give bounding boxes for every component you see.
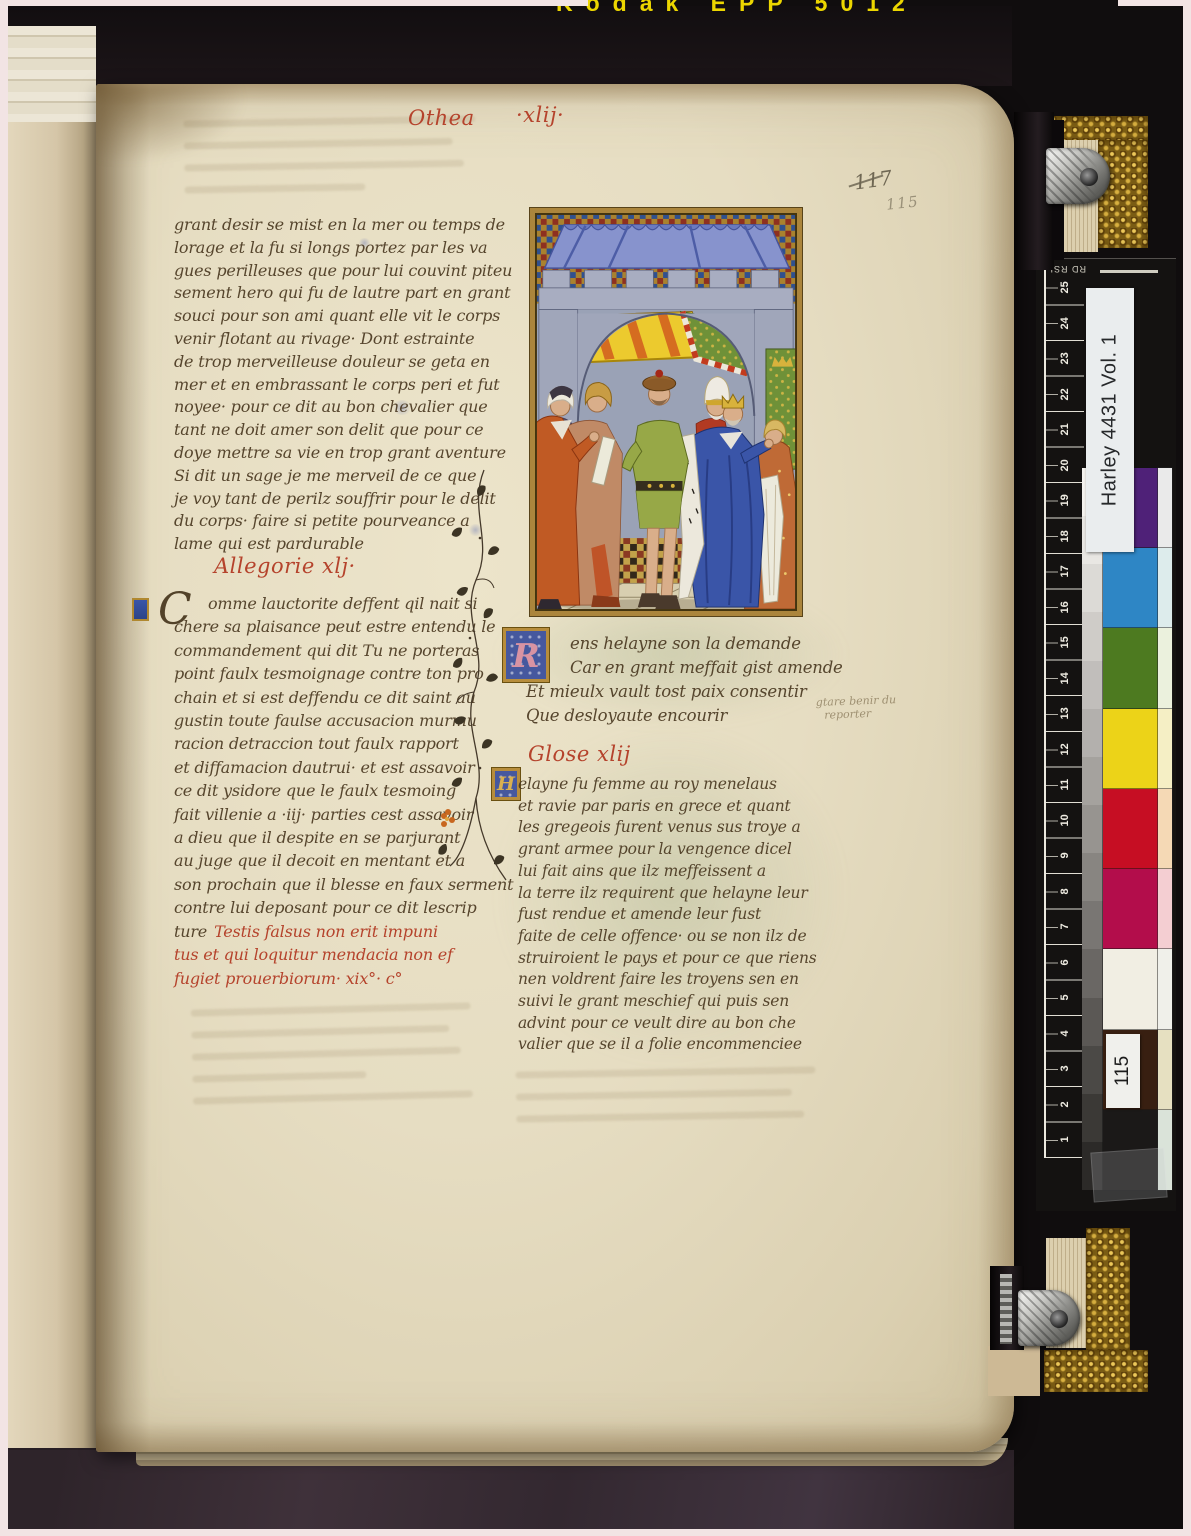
text-line: et ravie par paris en grece et quant (518, 796, 868, 818)
grayscale-patch (1082, 805, 1103, 853)
ruler-number: 8 (1046, 874, 1084, 910)
latin-quote-text: Testis falsus non erit impuni (214, 922, 438, 941)
ruler-number: 9 (1046, 838, 1084, 874)
ruler-number: 22 (1046, 377, 1084, 413)
text-line: grant desir se mist en la mer ou temps d… (174, 214, 514, 237)
text-line: suivi le grant meschief qui puis sen (518, 991, 868, 1013)
text-line: grant armee pour la vengence dicel (518, 839, 868, 861)
text-line: sement hero qui fu de lautre part en gra… (174, 282, 514, 305)
shelfmark-text: Harley 4431 Vol. 1 (1099, 334, 1122, 506)
photo-border (1183, 0, 1191, 1536)
manuscript-page: Othea ·xlij· 117 115 grant desir se mist… (96, 84, 1014, 1452)
ruler-number: 4 (1046, 1016, 1084, 1052)
ruler-number: 16 (1046, 590, 1084, 626)
text-line: noyee· pour ce dit au bon chevalier que (174, 396, 514, 419)
film-stock-label: Kodak EPP 5012 (556, 0, 936, 15)
ruler-number: 10 (1046, 803, 1084, 839)
text-line: souci pour son ami quant elle vit le cor… (174, 305, 514, 328)
running-header-chapter: ·xlij· (516, 103, 564, 127)
backdrop-top (8, 6, 1183, 86)
ruler-number: 2 (1046, 1087, 1084, 1123)
running-header-title: Othea (408, 106, 475, 130)
text-line: struiroient le pays et pour ce que riens (518, 948, 868, 970)
verse-line: Car en grant meffait gist amende (570, 656, 866, 680)
photo-border (0, 0, 8, 1536)
grayscale-wedge (1082, 468, 1103, 1190)
show-through-text (191, 1002, 474, 1119)
color-patch (1103, 789, 1158, 869)
tint-patch (1158, 628, 1172, 708)
text-line: gues perilleuses que pour lui couvint pi… (174, 260, 514, 283)
color-patch (1103, 869, 1158, 949)
grayscale-patch (1082, 1046, 1103, 1094)
ruler-number: 18 (1046, 519, 1084, 555)
clamp-bolt-top (1046, 148, 1110, 204)
text-line: valier que se il a folie encommenciee (518, 1034, 868, 1056)
ruler-number: 17 (1046, 554, 1084, 590)
ruler-number: 15 (1046, 625, 1084, 661)
ruler-number: 19 (1046, 483, 1084, 519)
photo-border (0, 0, 588, 6)
grayscale-patch (1082, 757, 1103, 805)
grayscale-patch (1082, 661, 1103, 709)
ruler-number: 24 (1046, 306, 1084, 342)
text-line: faite de celle offence· ou se non ilz de (518, 926, 868, 948)
clamp-bolt-bottom (1018, 1290, 1080, 1346)
ruler-number: 21 (1046, 412, 1084, 448)
facing-page-corner (8, 26, 96, 122)
text-line: contre lui deposant pour ce dit lescrip (174, 896, 519, 919)
text-line: la terre ilz requirent que helayne leur (518, 883, 868, 905)
latin-lead-word: ture (174, 922, 207, 941)
ruler-number: 11 (1046, 767, 1084, 803)
text-line: nen voldrent faire les troyens sen en (518, 969, 868, 991)
folio-number-struck: 117 (853, 165, 894, 194)
glose-text-block: elayne fu femme au roy menelauset ravie … (518, 774, 868, 1056)
glose-heading: Glose xlij (528, 742, 631, 766)
text-line: venir flotant au rivage· Dont estrainte (174, 328, 514, 351)
photo-border (1118, 0, 1191, 6)
gilt-edge-top (1050, 116, 1148, 142)
film-stock-text: Kodak EPP 5012 (556, 0, 936, 15)
tint-patch (1158, 949, 1172, 1029)
show-through-text (515, 1066, 816, 1137)
text-line: advint pour ce veult dire au bon che (518, 1013, 868, 1035)
allegorie-heading: Allegorie xlj· (214, 554, 356, 578)
photo-border (0, 1529, 1191, 1536)
text-line: tant ne doit amer son delit que pour ce (174, 419, 514, 442)
gilt-edge-top (1098, 140, 1148, 248)
target-frame-tick (1100, 270, 1158, 273)
page-corner (988, 1346, 1040, 1396)
text-line: les gregeois furent venus sus troye a (518, 817, 868, 839)
verse-text-block: ens helayne son la demandeCar en grant m… (526, 632, 866, 728)
ruler-number: 3 (1046, 1051, 1084, 1087)
grayscale-patch (1082, 709, 1103, 757)
tint-patch (1158, 789, 1172, 869)
initial-letter: H (495, 771, 517, 797)
gilt-edge-bottom (1086, 1228, 1130, 1352)
page-right-shading (978, 84, 1014, 1452)
centimeter-ruler: 1234567891011121314151617181920212223242… (1044, 270, 1084, 1158)
gutter-shadow (96, 84, 150, 1452)
vine-flower (441, 809, 455, 827)
color-patch (1103, 548, 1158, 628)
ruler-number: 20 (1046, 448, 1084, 484)
latin-quote-line: tus et qui loquitur mendacia non ef (174, 943, 519, 966)
gilt-edge-bottom (1044, 1350, 1148, 1392)
grayscale-patch (1082, 853, 1103, 901)
margin-paraph (132, 598, 149, 621)
marginal-note-line: reporter (824, 705, 926, 722)
color-patch (1103, 628, 1158, 708)
shelfmark-label: Harley 4431 Vol. 1 (1086, 288, 1134, 552)
ruler-number: 7 (1046, 909, 1084, 945)
folio-patch-label: 115 (1106, 1034, 1140, 1108)
latin-quote-line: tureTestis falsus non erit impuni (174, 920, 519, 943)
facing-page-edge (8, 26, 96, 1448)
text-line: lui fait ains que ilz meffeissent a (518, 861, 868, 883)
latin-quote-line: fugiet prouerbiorum· xix°· c° (174, 967, 519, 990)
ivy-vine-flourish (432, 468, 508, 898)
grayscale-patch (1082, 949, 1103, 997)
text-line: lorage et la fu si longs portez par les … (174, 237, 514, 260)
ruler-number: 5 (1046, 980, 1084, 1016)
tint-patch-column (1158, 468, 1172, 1190)
tint-patch (1158, 869, 1172, 949)
ruler-number: 23 (1046, 341, 1084, 377)
color-patch (1103, 709, 1158, 789)
text-line: fust rendue et amende leur fust (518, 904, 868, 926)
grayscale-patch (1082, 1094, 1103, 1142)
grayscale-patch (1082, 901, 1103, 949)
ruler-number: 6 (1046, 945, 1084, 981)
ruler-number: 1 (1046, 1122, 1084, 1158)
folio-number-pencil: 115 (885, 192, 920, 213)
tint-patch (1158, 1030, 1172, 1110)
strap-metal-edge (1000, 1274, 1012, 1344)
color-patch (1103, 949, 1158, 1029)
tint-patch (1158, 468, 1172, 548)
page-bottom-shading (96, 1422, 1014, 1452)
folio-patch-text: 115 (1112, 1056, 1134, 1086)
verse-line: ens helayne son la demande (570, 632, 866, 656)
ruler-number: 13 (1046, 696, 1084, 732)
text-line: de trop merveilleuse douleur se geta en (174, 351, 514, 374)
tape-fragment (1090, 1147, 1167, 1202)
grayscale-patch (1082, 612, 1103, 660)
text-line: mer et en embrassant le corps peri et fu… (174, 374, 514, 397)
text-line: doye mettre sa vie en trop grant aventur… (174, 442, 514, 465)
illuminated-initial-h: H (492, 768, 520, 800)
ruler-number: 14 (1046, 661, 1084, 697)
ruler-number: 12 (1046, 732, 1084, 768)
digitized-manuscript-photo: Kodak EPP 5012 Othea ·xlij· 117 115 (0, 0, 1191, 1536)
text-line: elayne fu femme au roy menelaus (518, 774, 868, 796)
tint-patch (1158, 548, 1172, 628)
grayscale-patch (1082, 564, 1103, 612)
marginal-annotation: gtare benir dureporter (816, 692, 927, 722)
ruler-number: 25 (1046, 270, 1084, 306)
miniature-painting (530, 208, 802, 616)
grayscale-patch (1082, 998, 1103, 1046)
tint-patch (1158, 709, 1172, 789)
